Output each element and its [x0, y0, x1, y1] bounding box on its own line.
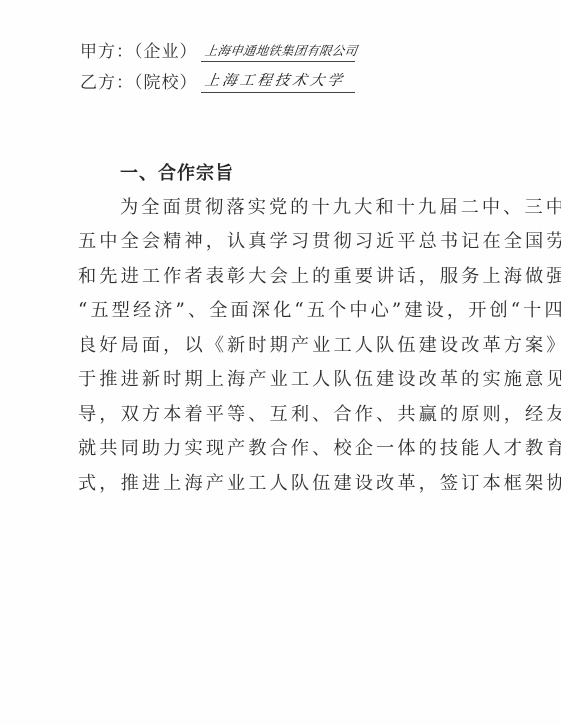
- party-b-signature-field: 上海工程技术大学: [201, 66, 355, 93]
- document-page: 甲方：（企业） 上海申通地铁集团有限公司 乙方：（院校） 上海工程技术大学 一、…: [0, 0, 561, 725]
- party-a-row: 甲方：（企业） 上海申通地铁集团有限公司: [80, 36, 355, 62]
- paragraph-line: 良好局面，以《新时期产业工人队伍建设改革方案》和《关: [78, 334, 488, 358]
- paragraph-line: 导，双方本着平等、互利、合作、共赢的原则，经友好协商，: [78, 403, 488, 427]
- paragraph-line: “五型经济”、全面深化“五个中心”建设，开创“十四五”: [78, 299, 488, 323]
- party-b-signature: 上海工程技术大学: [203, 69, 346, 90]
- party-a-label: 甲方：（企业）: [80, 37, 198, 62]
- party-b-label: 乙方：（院校）: [80, 68, 198, 93]
- paragraph-line: 于推进新时期上海产业工人队伍建设改革的实施意见》为指: [78, 368, 488, 392]
- section-heading-purpose: 一、合作宗旨: [120, 162, 234, 186]
- party-a-signature-field: 上海申通地铁集团有限公司: [201, 35, 355, 62]
- party-a-signature: 上海申通地铁集团有限公司: [203, 41, 358, 59]
- paragraph-line: 和先进工作者表彰大会上的重要讲话，服务上海做强做优: [78, 265, 488, 289]
- party-b-row: 乙方：（院校） 上海工程技术大学: [80, 67, 355, 93]
- paragraph-line: 就共同助力实现产教合作、校企一体的技能人才教育培训模: [78, 437, 488, 461]
- paragraph-line: 为全面贯彻落实党的十九大和十九届二中、三中、四中、: [120, 196, 530, 220]
- paragraph-line: 式，推进上海产业工人队伍建设改革，签订本框架协议。: [78, 472, 488, 496]
- paragraph-line: 五中全会精神，认真学习贯彻习近平总书记在全国劳动模范: [78, 230, 488, 254]
